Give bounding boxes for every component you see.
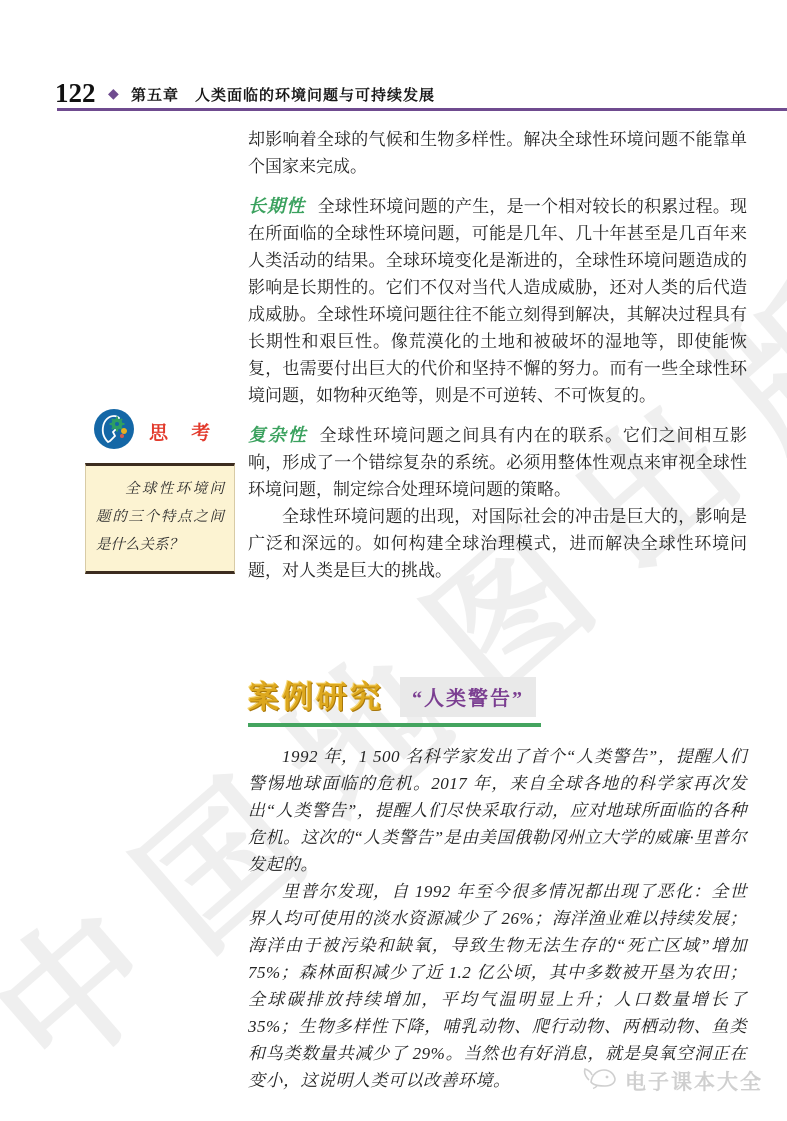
section-text-fuzaxing: 全球性环境问题之间具有内在的联系。它们之间相互影响，形成了一个错综复杂的系统。必…: [248, 426, 747, 499]
section-heading-fuzaxing: 复杂性: [248, 425, 308, 445]
case-study-titlebar: 案例研究 “人类警告”: [248, 672, 747, 717]
section-changqixing: 长期性全球性环境问题的产生，是一个相对较长的积累过程。现在所面临的全球性环境问题…: [248, 193, 747, 409]
header-rule: [57, 108, 787, 111]
case-study-title-badge: “人类警告”: [400, 677, 536, 717]
case-study-section: 案例研究 “人类警告” 1992 年，1 500 名科学家发出了首个“人类警告”…: [248, 672, 747, 1094]
intro-paragraph: 却影响着全球的气候和生物多样性。解决全球性环境问题不能靠单个国家来完成。: [248, 126, 747, 180]
page-number: 122: [55, 78, 96, 109]
case-study-label: 案例研究: [248, 672, 384, 717]
page-header: 122 ◆ 第五章 人类面临的环境问题与可持续发展: [0, 78, 787, 112]
think-box-header: 思 考: [93, 408, 235, 455]
closing-paragraph: 全球性环境问题的出现，对国际社会的冲击是巨大的，影响是广泛和深远的。如何构建全球…: [248, 503, 747, 584]
think-box: 思 考 全球性环境问题的三个特点之间是什么关系？: [85, 408, 235, 574]
think-question-text: 全球性环境问题的三个特点之间是什么关系？: [96, 475, 224, 559]
main-text-column: 却影响着全球的气候和生物多样性。解决全球性环境问题不能靠单个国家来完成。 长期性…: [248, 126, 747, 1094]
diamond-icon: ◆: [108, 86, 119, 102]
chapter-title: 第五章 人类面临的环境问题与可持续发展: [131, 84, 435, 105]
footer-watermark-text: 电子课本大全: [625, 1066, 763, 1096]
section-fuzaxing: 复杂性全球性环境问题之间具有内在的联系。它们之间相互影响，形成了一个错综复杂的系…: [248, 422, 747, 503]
case-paragraph-1: 1992 年，1 500 名科学家发出了首个“人类警告”，提醒人们警惕地球面临的…: [248, 743, 747, 878]
case-paragraph-2: 里普尔发现，自 1992 年至今很多情况都出现了恶化：全世界人均可使用的淡水资源…: [248, 878, 747, 1094]
thinking-head-gears-icon: [93, 408, 135, 455]
section-text-changqixing: 全球性环境问题的产生，是一个相对较长的积累过程。现在所面临的全球性环境问题，可能…: [248, 197, 747, 405]
textbook-page: 中国地图出版社 122 ◆ 第五章 人类面临的环境问题与可持续发展: [0, 0, 787, 1121]
think-box-title: 思 考: [149, 418, 219, 445]
section-heading-changqixing: 长期性: [248, 196, 306, 216]
think-question-card: 全球性环境问题的三个特点之间是什么关系？: [85, 463, 235, 574]
case-study-body: 1992 年，1 500 名科学家发出了首个“人类警告”，提醒人们警惕地球面临的…: [248, 743, 747, 1094]
case-study-rule: [248, 723, 541, 727]
whale-icon: [583, 1066, 617, 1096]
footer-watermark: 电子课本大全: [583, 1066, 763, 1096]
